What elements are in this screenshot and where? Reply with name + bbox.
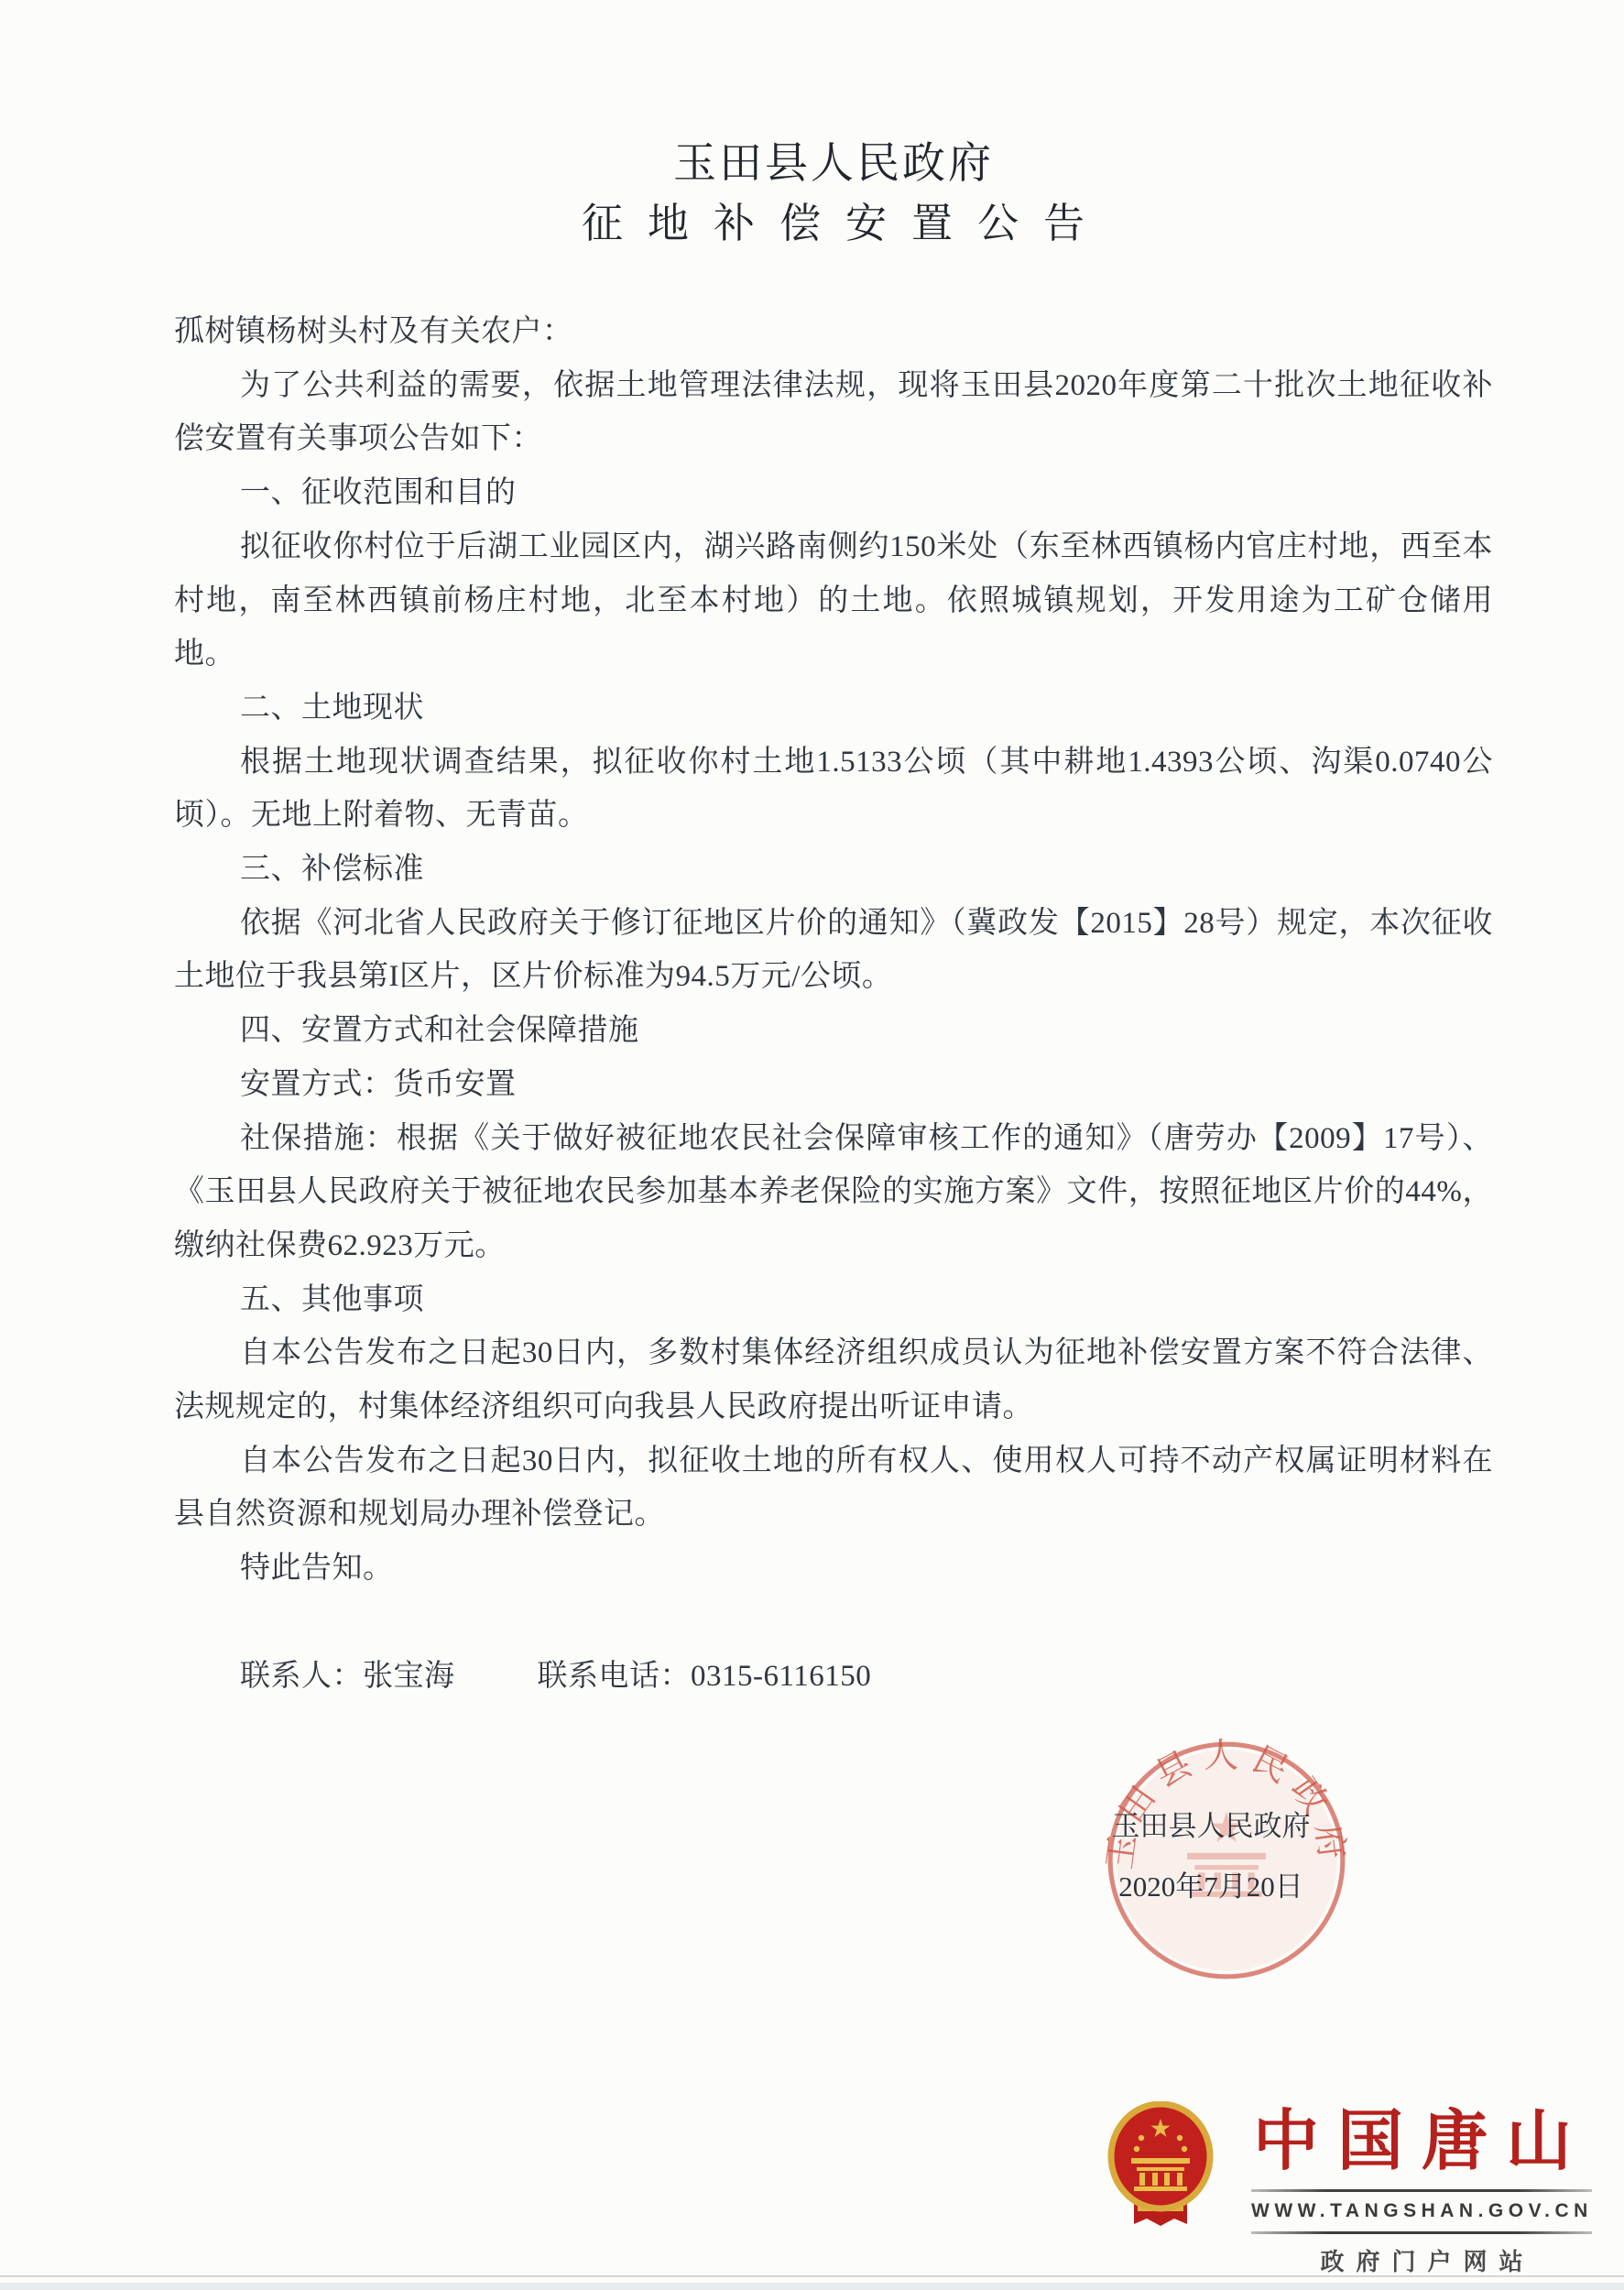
paragraph: 社保措施：根据《关于做好被征地农民社会保障审核工作的通知》（唐劳办【2009】1… xyxy=(174,1112,1493,1273)
announcement-body: 孤树镇杨树头村及有关农户： 为了公共利益的需要，依据土地管理法律法规，现将玉田县… xyxy=(174,305,1493,1703)
contact-line: 联系人：张宝海联系电话：0315-6116150 xyxy=(174,1650,1493,1704)
paragraph: 自本公告发布之日起30日内，多数村集体经济组织成员认为征地补偿安置方案不符合法律… xyxy=(174,1326,1493,1434)
signature-issuer: 玉田县人民政府 xyxy=(1101,1796,1321,1857)
page-edge-line xyxy=(0,2275,1624,2277)
tangshan-portal-logo[interactable]: 中国唐山 WWW.TANGSHAN.GOV.CN 政府门户网站 xyxy=(1102,2094,1615,2277)
portal-logo-text: 中国唐山 WWW.TANGSHAN.GOV.CN 政府门户网站 xyxy=(1251,2094,1592,2277)
section-heading: 五、其他事项 xyxy=(174,1273,1493,1327)
national-emblem-icon xyxy=(1106,2101,1215,2231)
section-heading: 三、补偿标准 xyxy=(174,843,1493,897)
announcement-document: 玉田县人民政府 征地补偿安置公告 孤树镇杨树头村及有关农户： 为了公共利益的需要… xyxy=(0,0,1624,2290)
signature-block: 玉田县人民政府 2020年7月20日 xyxy=(1101,1796,1321,1917)
paragraph: 拟征收你村位于后湖工业园区内，湖兴路南侧约150米处（东至林西镇杨内官庄村地，西… xyxy=(174,520,1493,682)
document-title-main: 征地补偿安置公告 xyxy=(186,190,1505,249)
contact-phone-label: 联系电话： xyxy=(538,1660,692,1693)
document-title-issuer: 玉田县人民政府 xyxy=(174,129,1493,191)
paragraph-list: 为了公共利益的需要，依据土地管理法律法规，现将玉田县2020年度第二十批次土地征… xyxy=(174,359,1493,1596)
paragraph: 根据土地现状调查结果，拟征收你村土地1.5133公顷（其中耕地1.4393公顷、… xyxy=(174,736,1493,843)
contact-phone-number: 0315-6116150 xyxy=(691,1660,871,1693)
paragraph: 依据《河北省人民政府关于修订征地区片价的通知》（冀政发【2015】28号）规定，… xyxy=(174,897,1493,1004)
paragraph: 自本公告发布之日起30日内，拟征收土地的所有权人、使用权人可持不动产权属证明材料… xyxy=(174,1434,1493,1542)
page-bottom-strip xyxy=(0,2283,1624,2290)
portal-site-name: 中国唐山 xyxy=(1251,2094,1592,2189)
contact-person-name: 张宝海 xyxy=(363,1660,455,1693)
paragraph: 安置方式：货币安置 xyxy=(174,1058,1493,1112)
section-heading: 四、安置方式和社会保障措施 xyxy=(174,1004,1493,1058)
paragraph: 为了公共利益的需要，依据土地管理法律法规，现将玉田县2020年度第二十批次土地征… xyxy=(174,359,1493,466)
salutation: 孤树镇杨树头村及有关农户： xyxy=(174,305,1493,359)
signature-date: 2020年7月20日 xyxy=(1101,1857,1321,1917)
contact-person-label: 联系人： xyxy=(240,1660,363,1693)
paragraph: 特此告知。 xyxy=(174,1542,1493,1596)
portal-site-tagline: 政府门户网站 xyxy=(1251,2234,1592,2277)
section-heading: 二、土地现状 xyxy=(174,682,1493,736)
portal-site-url: WWW.TANGSHAN.GOV.CN xyxy=(1251,2192,1592,2231)
section-heading: 一、征收范围和目的 xyxy=(174,466,1493,520)
